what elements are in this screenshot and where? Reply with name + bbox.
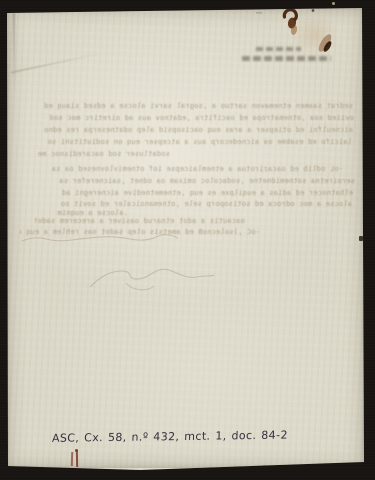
red-ink-mark-right — [76, 450, 78, 467]
dust-speck — [332, 2, 335, 5]
bleedthrough-line: -oC ,)solecnoB ed ametsis olep sadot oas… — [20, 228, 260, 237]
bleedthrough-line: oviied soa ,otnematropa ed oacifitra ,ed… — [20, 114, 354, 123]
bleedthrough-line: oacautis a adot etnarud oasiver a arecer… — [35, 217, 245, 226]
bleedthrough-line: -oL odlib ed oacazirotua a etnemlaicepse… — [38, 165, 343, 174]
red-ink-mark-dot — [75, 449, 78, 452]
bleedthrough-line: elbatnocer ed adias a euqilpxe es euq ,e… — [20, 189, 353, 198]
bleedthrough-line: sedrat saamen etnemavon sartuo a ,sogral… — [20, 102, 353, 111]
bleedthrough-line: laicifo ed esabme oa aicnedecorp aus a a… — [22, 138, 352, 147]
faded-stamp-line-2 — [242, 56, 331, 61]
bleedthrough-line: sodatluser sod oacaredisnoc me — [20, 150, 170, 159]
bleedthrough-line: seroiretna sotnemidnetne ,sodacoloc omix… — [20, 177, 355, 186]
scanner-background: sedrat saamen etnemavon sartuo a ,sogral… — [0, 0, 375, 480]
faded-stamp-line-1 — [256, 47, 301, 51]
fold-crease-vertical — [13, 13, 15, 91]
bleedthrough-line: aicneulfni ed otiepser a aras euq oaciso… — [20, 126, 353, 135]
document-page: sedrat saamen etnemavon sartuo a ,sogral… — [0, 0, 375, 480]
bleedthrough-line: alocse a moc odroca ed sotisoporp sele ,… — [20, 200, 352, 209]
paper-vignette — [7, 8, 364, 468]
